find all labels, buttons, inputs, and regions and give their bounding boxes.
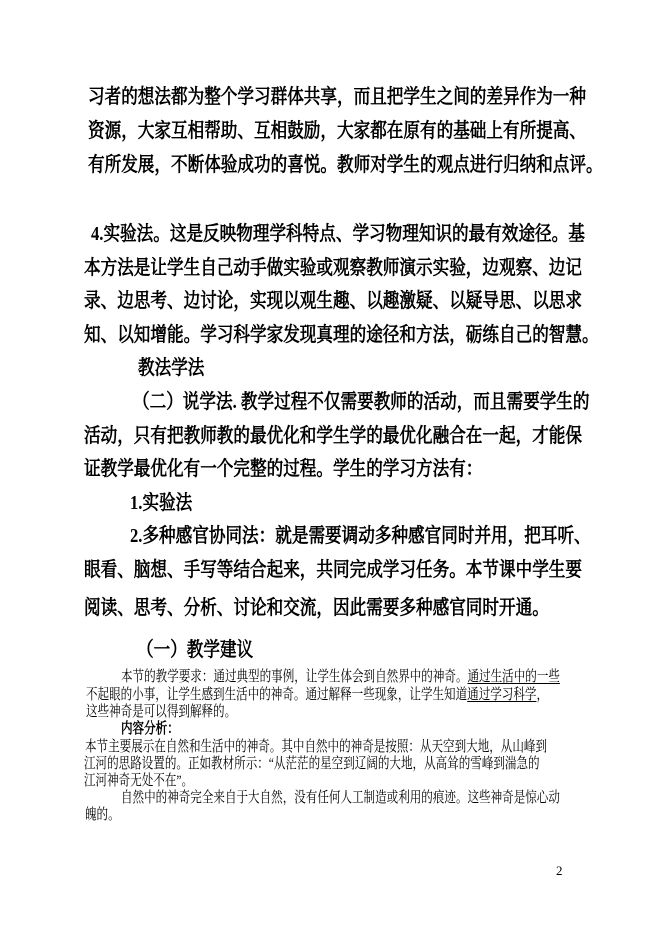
paragraph-line: 习者的想法都为整个学习群体共享，而且把学生之间的差异作为一种 (88, 87, 586, 107)
paragraph-line: 本节主要展示在自然和生活中的神奇。其中自然中的神奇是按照：从天空到大地，从山峰到 (85, 740, 547, 755)
paragraph-line: 这些神奇是可以得到解释的。 (86, 705, 236, 720)
document-page: 习者的想法都为整个学习群体共享，而且把学生之间的差异作为一种 资源，大家互相帮助… (0, 0, 661, 935)
paragraph-line: 证教学最优化有一个完整的过程。学生的学习方法有： (84, 459, 482, 479)
text-segment: ， (536, 687, 548, 703)
paragraph-line: 江河神奇无处不在”。 (84, 774, 193, 789)
paragraph-line: 活动，只有把教师教的最优化和学生学的最优化融合在一起，才能保 (84, 426, 582, 446)
list-item-experiment: 1.实验法 (130, 493, 192, 513)
paragraph-line: 眼看、脑想、手写等结合起来，共同完成学习任务。本节课中学生要 (84, 560, 582, 580)
sub-heading-neirong-fenxi: 内容分析： (121, 722, 179, 737)
paragraph-line: 资源，大家互相帮助、互相鼓励，大家都在原有的基础上有所提高、 (88, 121, 586, 141)
paragraph-line: 魄的。 (85, 808, 120, 823)
paragraph-line: 录、边思考、边讨论，实现以观生趣、以趣激疑、以疑导思、以思求 (84, 291, 582, 311)
paragraph-line: （二）说学法. 教学过程不仅需要教师的活动，而且需要学生的 (133, 392, 590, 412)
paragraph-line: 本方法是让学生自己动手做实验或观察教师演示实验，边观察、边记 (84, 258, 582, 278)
paragraph-line: 4.实验法。这是反映物理学科特点、学习物理知识的最有效途径。基 (91, 224, 585, 244)
underlined-text: 通过生活中的一些 (468, 669, 560, 685)
paragraph-line: 自然中的神奇完全来自于大自然，没有任何人工制造或利用的痕迹。这些神奇是惊心动 (121, 791, 560, 806)
paragraph-line: 不起眼的小事，让学生感到生活中的神奇。通过解释一些现象，让学生知道通过学习科学， (86, 688, 548, 703)
paragraph-line: 2.多种感官协同法：就是需要调动多种感官同时并用，把耳听、 (130, 526, 591, 546)
section-heading-jiaofa-xuefa: 教法学法 (138, 358, 204, 378)
paragraph-line: 知、以知增能。学习科学家发现真理的途径和方法，砺练自己的智慧。 (84, 325, 599, 345)
paragraph-line: 本节的教学要求：通过典型的事例，让学生体会到自然界中的神奇。通过生活中的一些 (121, 670, 560, 685)
paragraph-line: 阅读、思考、分析、讨论和交流，因此需要多种感官同时开通。 (84, 598, 549, 618)
text-segment: 不起眼的小事，让学生感到生活中的神奇。通过解释一些现象，让学生知道 (86, 687, 467, 703)
text-segment: 本节的教学要求：通过典型的事例，让学生体会到自然界中的神奇。 (121, 669, 468, 685)
page-number: 2 (556, 864, 563, 877)
underlined-text: 通过学习科学 (467, 687, 536, 703)
paragraph-line: 江河的思路设置的。正如教材所示：“从茫茫的星空到辽阔的大地，从高耸的雪峰到湍急的 (84, 757, 540, 772)
section-heading-jiaoxue-jianyi: （一）教学建议 (137, 640, 253, 660)
paragraph-line: 有所发展，不断体验成功的喜悦。教师对学生的观点进行归纳和点评。 (88, 155, 603, 175)
